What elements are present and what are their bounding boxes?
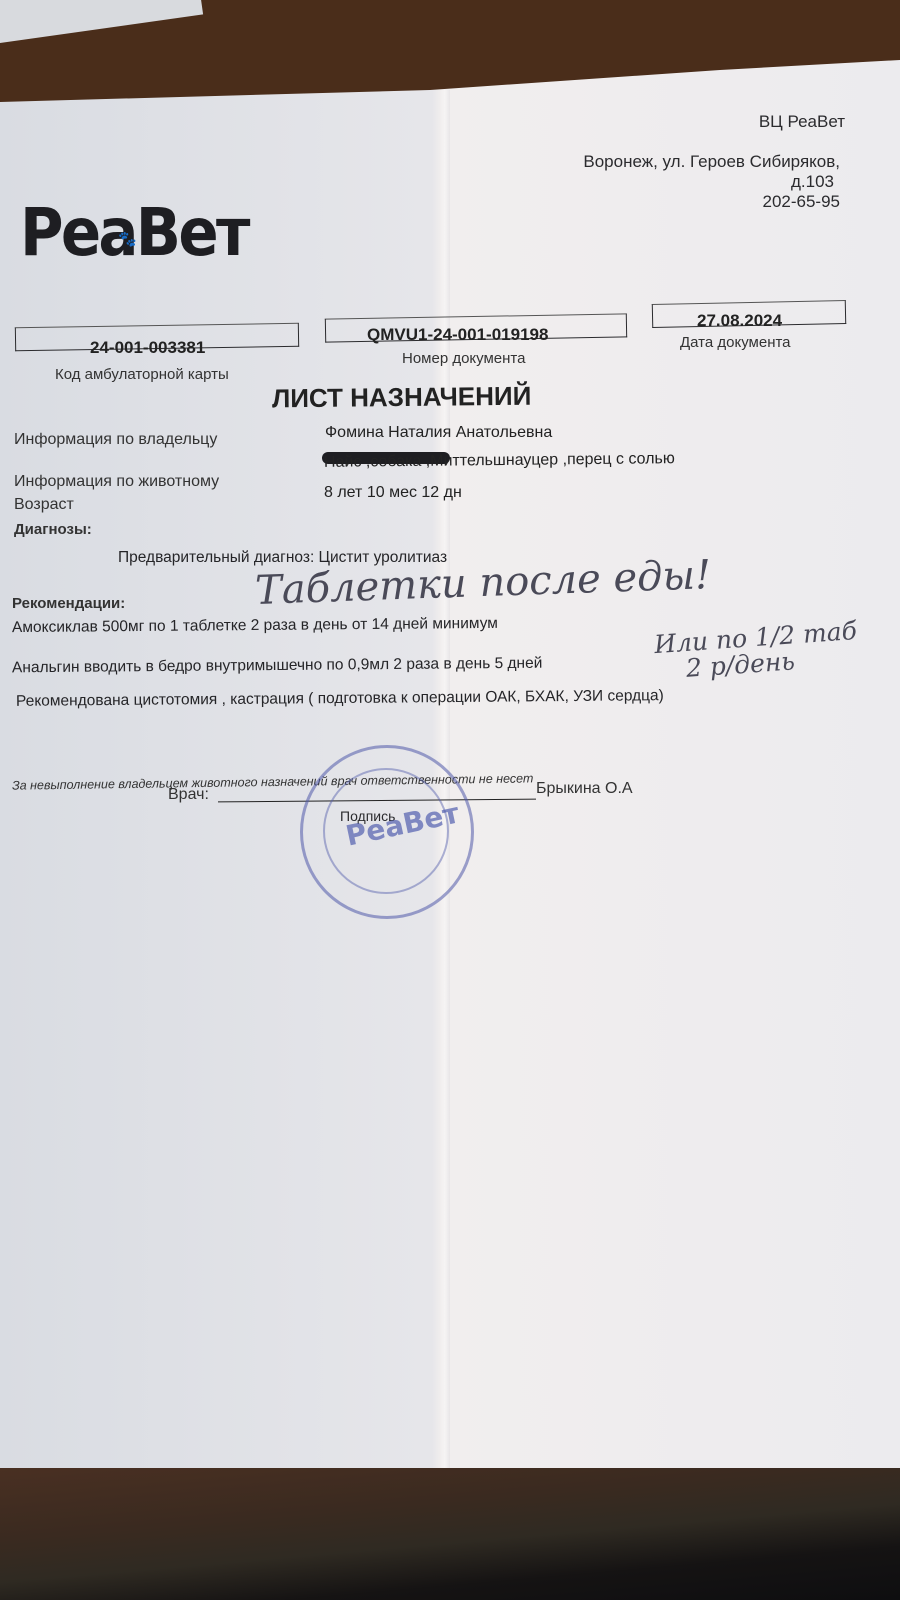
age-value: 8 лет 10 мес 12 дн	[324, 484, 462, 502]
card-code-value: 24-001-003381	[90, 338, 205, 358]
doc-number-label: Номер документа	[402, 350, 525, 367]
age-label: Возраст	[14, 496, 74, 514]
doctor-name: Брыкина О.А	[536, 780, 633, 798]
clinic-stamp: РеаВет	[300, 745, 474, 919]
doc-date-value: 27.08.2024	[697, 311, 782, 331]
owner-value: Фомина Наталия Анатольевна	[325, 424, 552, 442]
animal-label: Информация по животному	[14, 473, 219, 491]
clinic-phone: 202-65-95	[583, 192, 840, 212]
address-line-1: Воронеж, ул. Героев Сибиряков,	[583, 152, 840, 172]
card-code-label: Код амбулаторной карты	[55, 366, 229, 383]
paw-icon: 🐾	[118, 230, 137, 248]
clinic-address: Воронеж, ул. Героев Сибиряков, д.103 202…	[583, 152, 840, 212]
animal-value: Найс ,собака ,Миттельшнауцер ,перец с со…	[324, 450, 675, 472]
diagnoses-label: Диагнозы:	[14, 521, 92, 538]
clinic-name: ВЦ РеаВет	[759, 112, 845, 132]
document-title: ЛИСТ НАЗНАЧЕНИЙ	[272, 381, 532, 415]
prescription-sheet	[0, 60, 900, 1468]
doc-date-label: Дата документа	[680, 334, 791, 351]
table-surface-bottom	[0, 1465, 900, 1600]
doctor-label: Врач:	[168, 786, 209, 804]
recommendations-label: Рекомендации:	[12, 595, 125, 612]
owner-label: Информация по владельцу	[14, 431, 217, 449]
address-line-2: д.103	[583, 172, 834, 192]
doc-number-value: QMVU1-24-001-019198	[367, 325, 548, 345]
